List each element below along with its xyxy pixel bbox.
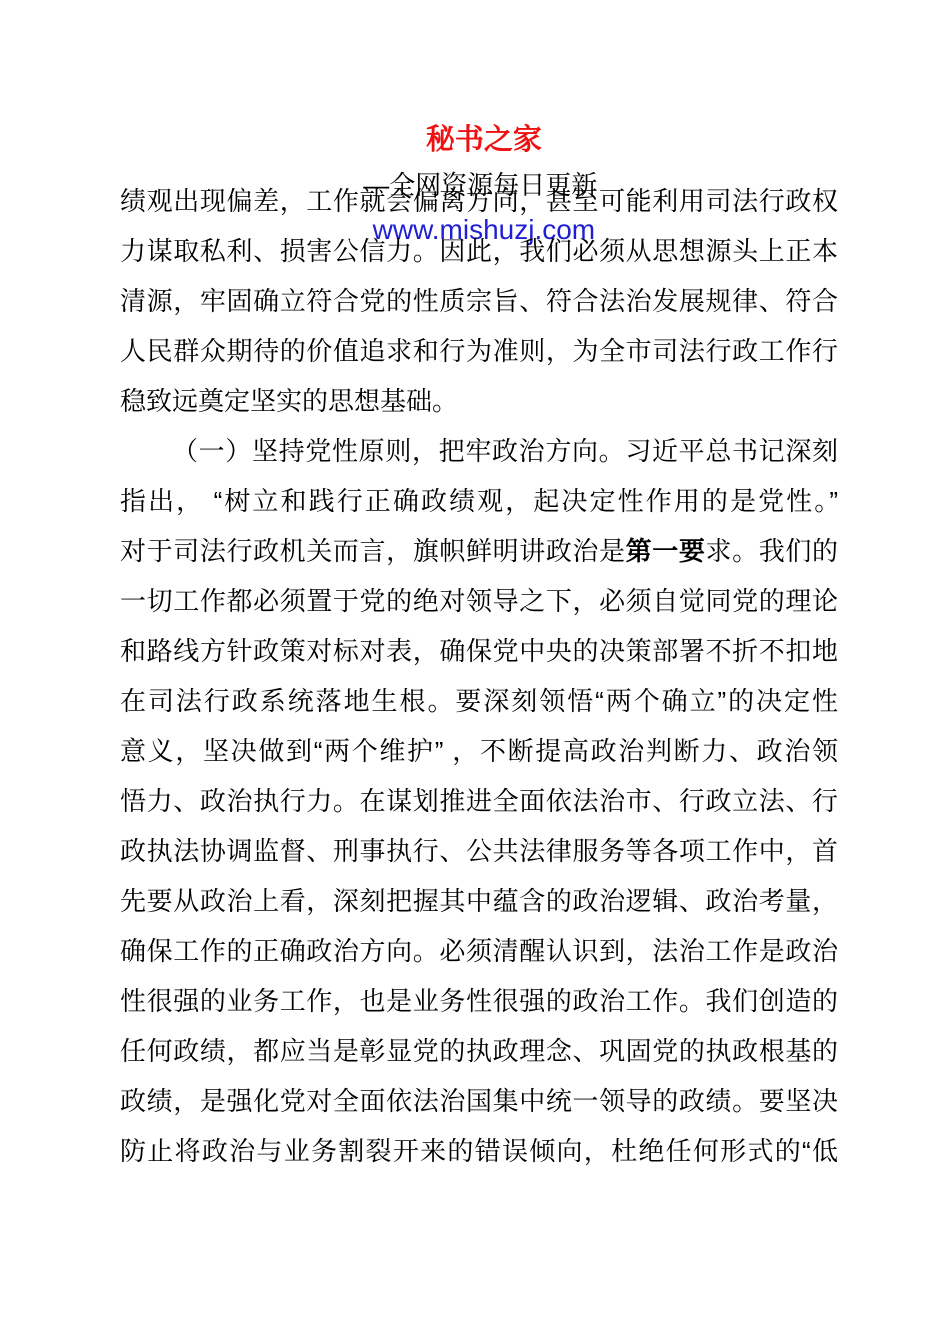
text-segment: 悟力、政治执行力。在谋划推进全面依法治市、行政立法、行 [120, 786, 838, 816]
text-line: 任何政绩，都应当是彰显党的执政理念、巩固党的执政根基的 [120, 1026, 838, 1076]
text-line: 指出， “树立和践行正确政绩观，起决定性作用的是党性。” [120, 476, 838, 526]
text-segment: 清源，牢固确立符合党的性质宗旨、符合法治发展规律、符合 [120, 286, 838, 316]
text-segment: 和路线方针政策对标对表，确保党中央的决策部署不折不扣地 [120, 636, 838, 666]
text-line: 人民群众期待的价值追求和行为准则，为全市司法行政工作行 [120, 326, 838, 376]
text-line: 确保工作的正确政治方向。必须清醒认识到，法治工作是政治 [120, 926, 838, 976]
text-segment: 确保工作的正确政治方向。必须清醒认识到，法治工作是政治 [120, 936, 838, 966]
text-line: 一切工作都必须置于党的绝对领导之下，必须自觉同党的理论 [120, 576, 838, 626]
text-segment: 指出， “树立和践行正确政绩观，起决定性作用的是党性。” [120, 486, 838, 516]
text-line: 悟力、政治执行力。在谋划推进全面依法治市、行政立法、行 [120, 776, 838, 826]
text-line: 先要从政治上看，深刻把握其中蕴含的政治逻辑、政治考量， [120, 876, 838, 926]
text-line: 性很强的业务工作，也是业务性很强的政治工作。我们创造的 [120, 976, 838, 1026]
text-segment: 任何政绩，都应当是彰显党的执政理念、巩固党的执政根基的 [120, 1036, 838, 1066]
text-line: 政绩，是强化党对全面依法治国集中统一领导的政绩。要坚决 [120, 1076, 838, 1126]
text-line: 稳致远奠定坚实的思想基础。 [120, 376, 838, 426]
text-segment: 防止将政治与业务割裂开来的错误倾向，杜绝任何形式的“低 [120, 1136, 838, 1166]
text-segment: 政绩，是强化党对全面依法治国集中统一领导的政绩。要坚决 [120, 1086, 838, 1116]
text-line: 对于司法行政机关而言，旗帜鲜明讲政治是第一要求。我们的 [120, 526, 838, 576]
text-segment: （一）坚持党性原则，把牢政治方向。习近平总书记深刻 [172, 436, 838, 466]
text-line: 和路线方针政策对标对表，确保党中央的决策部署不折不扣地 [120, 626, 838, 676]
text-line: 政执法协调监督、刑事执行、公共法律服务等各项工作中，首 [120, 826, 838, 876]
text-segment: 人民群众期待的价值追求和行为准则，为全市司法行政工作行 [120, 336, 838, 366]
text-line: 力谋取私利、损害公信力。因此，我们必须从思想源头上正本 [120, 226, 838, 276]
text-segment: 稳致远奠定坚实的思想基础。 [120, 386, 458, 416]
bold-text-segment: 第一要 [626, 536, 706, 566]
text-line: 防止将政治与业务割裂开来的错误倾向，杜绝任何形式的“低 [120, 1126, 838, 1176]
text-line: 在司法行政系统落地生根。要深刻领悟“两个确立”的决定性 [120, 676, 838, 726]
text-segment: 求。我们的 [706, 536, 838, 566]
text-line: 意义，坚决做到“两个维护” ，不断提高政治判断力、政治领 [120, 726, 838, 776]
site-name: 秘书之家 [426, 124, 542, 156]
text-segment: 绩观出现偏差，工作就会偏离方向，甚至可能利用司法行政权 [120, 186, 838, 216]
text-segment: 在司法行政系统落地生根。要深刻领悟“两个确立”的决定性 [120, 686, 838, 716]
text-line: 绩观出现偏差，工作就会偏离方向，甚至可能利用司法行政权 [120, 176, 838, 226]
text-line: 清源，牢固确立符合党的性质宗旨、符合法治发展规律、符合 [120, 276, 838, 326]
text-segment: 对于司法行政机关而言，旗帜鲜明讲政治是 [120, 536, 626, 566]
text-segment: 政执法协调监督、刑事执行、公共法律服务等各项工作中，首 [120, 836, 838, 866]
document-page: 秘书之家 —全网资源每日更新 www.mishuzj.com 绩观出现偏差，工作… [0, 0, 950, 1344]
text-segment: 先要从政治上看，深刻把握其中蕴含的政治逻辑、政治考量， [120, 886, 838, 916]
text-line: （一）坚持党性原则，把牢政治方向。习近平总书记深刻 [120, 426, 838, 476]
document-body: 绩观出现偏差，工作就会偏离方向，甚至可能利用司法行政权力谋取私利、损害公信力。因… [120, 176, 838, 1176]
text-segment: 力谋取私利、损害公信力。因此，我们必须从思想源头上正本 [120, 236, 838, 266]
text-segment: 意义，坚决做到“两个维护” ，不断提高政治判断力、政治领 [120, 736, 838, 766]
text-segment: 一切工作都必须置于党的绝对领导之下，必须自觉同党的理论 [120, 586, 838, 616]
text-segment: 性很强的业务工作，也是业务性很强的政治工作。我们创造的 [120, 986, 838, 1016]
